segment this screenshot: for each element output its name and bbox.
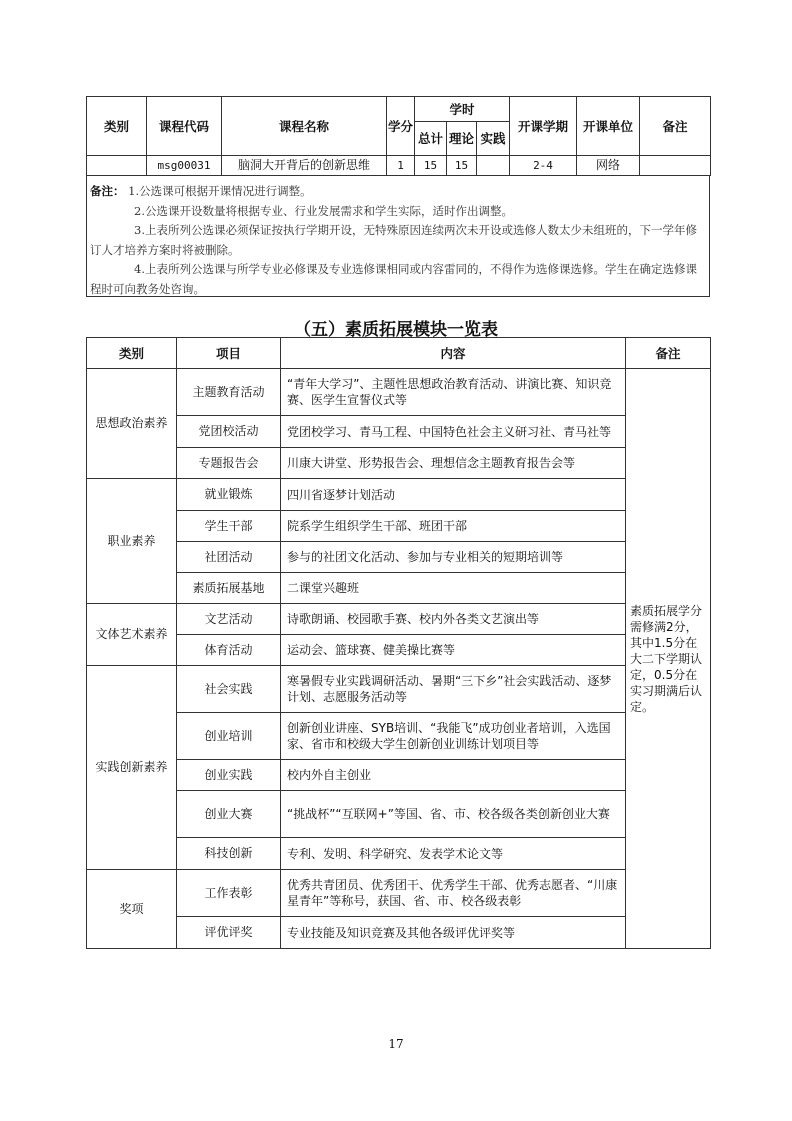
table-row: 思想政治素养 主题教育活动 “青年大学习”、主题性思想政治教育活动、讲演比赛、知… xyxy=(87,369,711,416)
header-department: 开课单位 xyxy=(577,97,640,156)
course-table: 类别 课程代码 课程名称 学分 学时 开课学期 开课单位 备注 总计 理论 实践… xyxy=(86,96,711,176)
cell-course-name: 脑洞大开背后的创新思维 xyxy=(222,156,387,176)
category-cell: 实践创新素养 xyxy=(87,666,177,870)
table-row: 评优评奖 专业技能及知识竞赛及其他各级评优评奖等 xyxy=(87,917,711,949)
cell-course-code: msg00031 xyxy=(147,156,222,176)
item-cell: 科技创新 xyxy=(177,838,281,870)
item-cell: 主题教育活动 xyxy=(177,369,281,416)
item-cell: 学生干部 xyxy=(177,511,281,542)
item-cell: 工作表彰 xyxy=(177,870,281,917)
content-cell: 专业技能及知识竞赛及其他各级评优评奖等 xyxy=(281,917,626,949)
cell-department: 网络 xyxy=(577,156,640,176)
note-item-1: 1.公选课可根据开课情况进行调整。 xyxy=(128,184,311,198)
cell-hours-theory: 15 xyxy=(447,156,477,176)
header-hours-total: 总计 xyxy=(415,122,447,156)
category-cell: 文体艺术素养 xyxy=(87,604,177,666)
table-row: 科技创新 专利、发明、科学研究、发表学术论文等 xyxy=(87,838,711,870)
content-cell: 党团校学习、青马工程、中国特色社会主义研习社、青马社等 xyxy=(281,416,626,448)
item-cell: 文艺活动 xyxy=(177,604,281,635)
header-hours: 学时 xyxy=(415,97,510,122)
item-cell: 素质拓展基地 xyxy=(177,573,281,604)
cell-hours-total: 15 xyxy=(415,156,447,176)
cell-remarks xyxy=(640,156,711,176)
note-item-4: 4.上表所列公选课与所学专业必修课及专业选修课相同或内容雷同的，不得作为选修课选… xyxy=(90,260,706,299)
item-cell: 创业实践 xyxy=(177,760,281,791)
content-cell: 四川省逐梦计划活动 xyxy=(281,479,626,511)
header-remarks: 备注 xyxy=(626,338,711,369)
item-cell: 就业锻炼 xyxy=(177,479,281,511)
content-cell: 创新创业讲座、SYB培训、“我能飞”成功创业者培训，入选国家、省市和校级大学生创… xyxy=(281,713,626,760)
notes-label: 备注： xyxy=(90,184,125,198)
content-cell: 专利、发明、科学研究、发表学术论文等 xyxy=(281,838,626,870)
quality-module-table: 类别 项目 内容 备注 思想政治素养 主题教育活动 “青年大学习”、主题性思想政… xyxy=(86,337,711,949)
table-row: 实践创新素养 社会实践 寒暑假专业实践调研活动、暑期“三下乡”社会实践活动、逐梦… xyxy=(87,666,711,713)
cell-semester: 2-4 xyxy=(510,156,577,176)
content-cell: 优秀共青团员、优秀团干、优秀学生干部、优秀志愿者、“川康星青年”等称号，获国、省… xyxy=(281,870,626,917)
table-row: 学生干部 院系学生组织学生干部、班团干部 xyxy=(87,511,711,542)
remark-cell: 素质拓展学分需修满2分，其中1.5分在大二下学期认定，0.5分在实习期满后认定。 xyxy=(626,369,711,949)
item-cell: 创业培训 xyxy=(177,713,281,760)
category-cell: 职业素养 xyxy=(87,479,177,604)
note-item-3: 3.上表所列公选课必须保证按执行学期开设，无特殊原因连续两次未开设或选修人数太少… xyxy=(90,221,706,260)
category-cell: 思想政治素养 xyxy=(87,369,177,479)
header-credits: 学分 xyxy=(387,97,415,156)
header-category: 类别 xyxy=(87,338,177,369)
notes-block: 备注： 1.公选课可根据开课情况进行调整。 2.公选课开设数量将根据专业、行业发… xyxy=(86,176,710,297)
table-row: 专题报告会 川康大讲堂、形势报告会、理想信念主题教育报告会等 xyxy=(87,448,711,479)
item-cell: 创业大赛 xyxy=(177,791,281,838)
category-cell: 奖项 xyxy=(87,870,177,949)
table-row: 体育活动 运动会、篮球赛、健美操比赛等 xyxy=(87,635,711,666)
cell-category xyxy=(87,156,147,176)
header-remarks: 备注 xyxy=(640,97,711,156)
content-cell: “挑战杯”“互联网+”等国、省、市、校各级各类创新创业大赛 xyxy=(281,791,626,838)
content-cell: 诗歌朗诵、校园歌手赛、校内外各类文艺演出等 xyxy=(281,604,626,635)
cell-credits: 1 xyxy=(387,156,415,176)
header-course-code: 课程代码 xyxy=(147,97,222,156)
content-cell: 校内外自主创业 xyxy=(281,760,626,791)
table-row: 党团校活动 党团校学习、青马工程、中国特色社会主义研习社、青马社等 xyxy=(87,416,711,448)
header-hours-theory: 理论 xyxy=(447,122,477,156)
table-row: msg00031 脑洞大开背后的创新思维 1 15 15 2-4 网络 xyxy=(87,156,711,176)
item-cell: 评优评奖 xyxy=(177,917,281,949)
table-row: 创业培训 创新创业讲座、SYB培训、“我能飞”成功创业者培训，入选国家、省市和校… xyxy=(87,713,711,760)
content-cell: 二课堂兴趣班 xyxy=(281,573,626,604)
header-course-name: 课程名称 xyxy=(222,97,387,156)
content-cell: 川康大讲堂、形势报告会、理想信念主题教育报告会等 xyxy=(281,448,626,479)
note-item-2: 2.公选课开设数量将根据专业、行业发展需求和学生实际，适时作出调整。 xyxy=(90,202,706,222)
header-semester: 开课学期 xyxy=(510,97,577,156)
table-row: 文体艺术素养 文艺活动 诗歌朗诵、校园歌手赛、校内外各类文艺演出等 xyxy=(87,604,711,635)
header-category: 类别 xyxy=(87,97,147,156)
table-row: 素质拓展基地 二课堂兴趣班 xyxy=(87,573,711,604)
note-line-1: 备注： 1.公选课可根据开课情况进行调整。 xyxy=(90,182,706,202)
item-cell: 专题报告会 xyxy=(177,448,281,479)
item-cell: 党团校活动 xyxy=(177,416,281,448)
page-number: 17 xyxy=(0,1037,792,1051)
item-cell: 社团活动 xyxy=(177,542,281,573)
item-cell: 社会实践 xyxy=(177,666,281,713)
table-row: 创业大赛 “挑战杯”“互联网+”等国、省、市、校各级各类创新创业大赛 xyxy=(87,791,711,838)
cell-hours-practice xyxy=(477,156,510,176)
table-row: 社团活动 参与的社团文化活动、参加与专业相关的短期培训等 xyxy=(87,542,711,573)
content-cell: 运动会、篮球赛、健美操比赛等 xyxy=(281,635,626,666)
header-content: 内容 xyxy=(281,338,626,369)
table-row: 创业实践 校内外自主创业 xyxy=(87,760,711,791)
content-cell: 院系学生组织学生干部、班团干部 xyxy=(281,511,626,542)
item-cell: 体育活动 xyxy=(177,635,281,666)
header-item: 项目 xyxy=(177,338,281,369)
table-row: 职业素养 就业锻炼 四川省逐梦计划活动 xyxy=(87,479,711,511)
content-cell: 寒暑假专业实践调研活动、暑期“三下乡”社会实践活动、逐梦计划、志愿服务活动等 xyxy=(281,666,626,713)
header-hours-practice: 实践 xyxy=(477,122,510,156)
content-cell: 参与的社团文化活动、参加与专业相关的短期培训等 xyxy=(281,542,626,573)
table-row: 奖项 工作表彰 优秀共青团员、优秀团干、优秀学生干部、优秀志愿者、“川康星青年”… xyxy=(87,870,711,917)
content-cell: “青年大学习”、主题性思想政治教育活动、讲演比赛、知识竞赛、医学生宣誓仪式等 xyxy=(281,369,626,416)
